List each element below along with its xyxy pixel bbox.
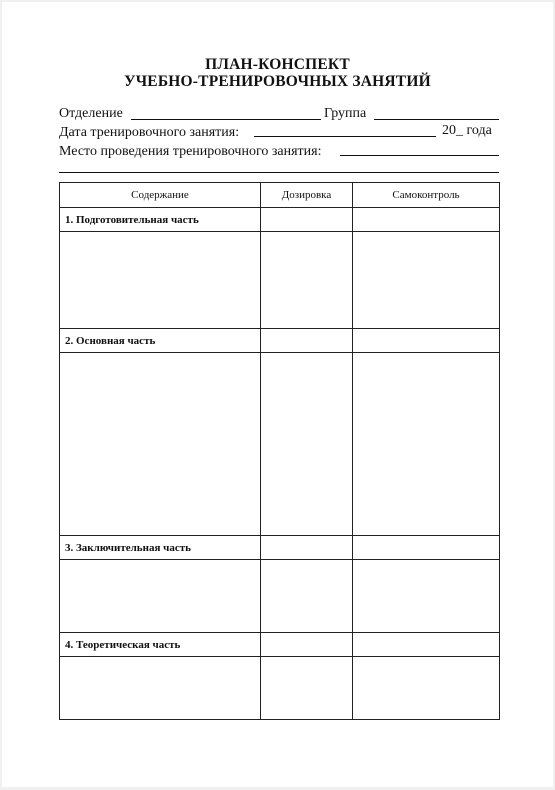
section-label: 4. Теоретическая часть (60, 633, 261, 657)
document-page: ПЛАН-КОНСПЕКТ УЧЕБНО-ТРЕНИРОВОЧНЫХ ЗАНЯТ… (2, 2, 553, 787)
year-label: 20_ года (442, 123, 492, 139)
self-control-cell[interactable] (353, 560, 500, 633)
self-control-cell[interactable] (353, 232, 500, 329)
section-body-main (60, 353, 500, 536)
dosage-cell[interactable] (261, 329, 353, 353)
department-label: Отделение (59, 106, 123, 122)
dosage-cell[interactable] (261, 633, 353, 657)
self-control-cell[interactable] (353, 657, 500, 720)
place-field-continuation[interactable] (59, 172, 499, 173)
place-field[interactable] (340, 155, 499, 156)
header-dosage: Дозировка (261, 183, 353, 208)
date-label: Дата тренировочного занятия: (59, 125, 239, 141)
dosage-cell[interactable] (261, 536, 353, 560)
content-cell[interactable] (60, 232, 261, 329)
content-cell[interactable] (60, 353, 261, 536)
section-row-preparatory: 1. Подготовительная часть (60, 208, 500, 232)
self-control-cell[interactable] (353, 353, 500, 536)
dosage-cell[interactable] (261, 353, 353, 536)
title-line-2: УЧЕБНО-ТРЕНИРОВОЧНЫХ ЗАНЯТИЙ (2, 73, 553, 90)
self-control-cell[interactable] (353, 208, 500, 232)
section-body-theoretical (60, 657, 500, 720)
place-label: Место проведения тренировочного занятия: (59, 144, 321, 160)
department-field[interactable] (131, 119, 321, 120)
table-header-row: Содержание Дозировка Самоконтроль (60, 183, 500, 208)
section-label: 1. Подготовительная часть (60, 208, 261, 232)
section-row-theoretical: 4. Теоретическая часть (60, 633, 500, 657)
header-content: Содержание (60, 183, 261, 208)
title-line-1: ПЛАН-КОНСПЕКТ (2, 56, 553, 73)
document-title: ПЛАН-КОНСПЕКТ УЧЕБНО-ТРЕНИРОВОЧНЫХ ЗАНЯТ… (2, 56, 553, 90)
dosage-cell[interactable] (261, 208, 353, 232)
dosage-cell[interactable] (261, 232, 353, 329)
plan-table: Содержание Дозировка Самоконтроль 1. Под… (59, 182, 500, 720)
self-control-cell[interactable] (353, 536, 500, 560)
header-self-control: Самоконтроль (353, 183, 500, 208)
dosage-cell[interactable] (261, 657, 353, 720)
self-control-cell[interactable] (353, 633, 500, 657)
group-label: Группа (324, 106, 366, 122)
section-body-final (60, 560, 500, 633)
group-field[interactable] (374, 119, 499, 120)
content-cell[interactable] (60, 657, 261, 720)
section-row-main: 2. Основная часть (60, 329, 500, 353)
self-control-cell[interactable] (353, 329, 500, 353)
content-cell[interactable] (60, 560, 261, 633)
section-label: 3. Заключительная часть (60, 536, 261, 560)
section-label: 2. Основная часть (60, 329, 261, 353)
date-field[interactable] (254, 136, 436, 137)
section-body-preparatory (60, 232, 500, 329)
dosage-cell[interactable] (261, 560, 353, 633)
section-row-final: 3. Заключительная часть (60, 536, 500, 560)
